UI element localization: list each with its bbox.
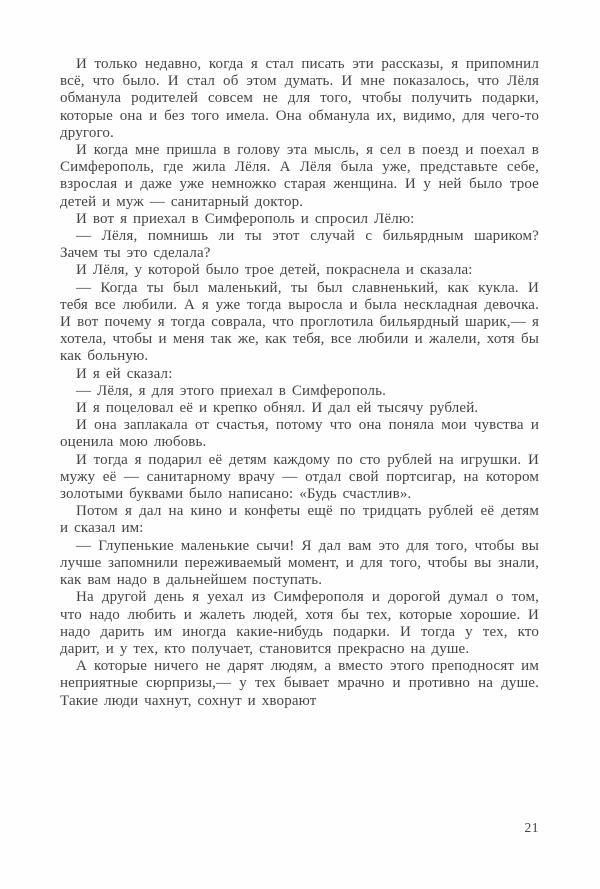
paragraph: И только недавно, когда я стал писать эт… (60, 56, 539, 142)
paragraph: А которые ничего не дарят людям, а вмест… (60, 658, 539, 710)
paragraph: И Лёля, у которой было трое детей, покра… (60, 262, 539, 279)
paragraph: — Когда ты был маленький, ты был славнен… (60, 280, 539, 366)
paragraph: На другой день я уехал из Симферополя и … (60, 589, 539, 658)
paragraph: И когда мне пришла в голову эта мысль, я… (60, 142, 539, 211)
paragraph: И я ей сказал: (60, 366, 539, 383)
paragraph: И я поцеловал её и крепко обнял. И дал е… (60, 400, 539, 417)
paragraph: — Лёля, я для этого приехал в Симферопол… (60, 383, 539, 400)
paragraph: — Лёля, помнишь ли ты этот случай с биль… (60, 228, 539, 262)
paragraph: И она заплакала от счастья, потому что о… (60, 417, 539, 451)
page-number: 21 (525, 820, 540, 836)
paragraph: И вот я приехал в Симферополь и спросил … (60, 211, 539, 228)
paragraph: Потом я дал на кино и конфеты ещё по три… (60, 503, 539, 537)
book-page: И только недавно, когда я стал писать эт… (0, 0, 600, 889)
story-text: И только недавно, когда я стал писать эт… (60, 56, 539, 710)
paragraph: — Глупенькие маленькие сычи! Я дал вам э… (60, 538, 539, 590)
paragraph: И тогда я подарил её детям каждому по ст… (60, 452, 539, 504)
